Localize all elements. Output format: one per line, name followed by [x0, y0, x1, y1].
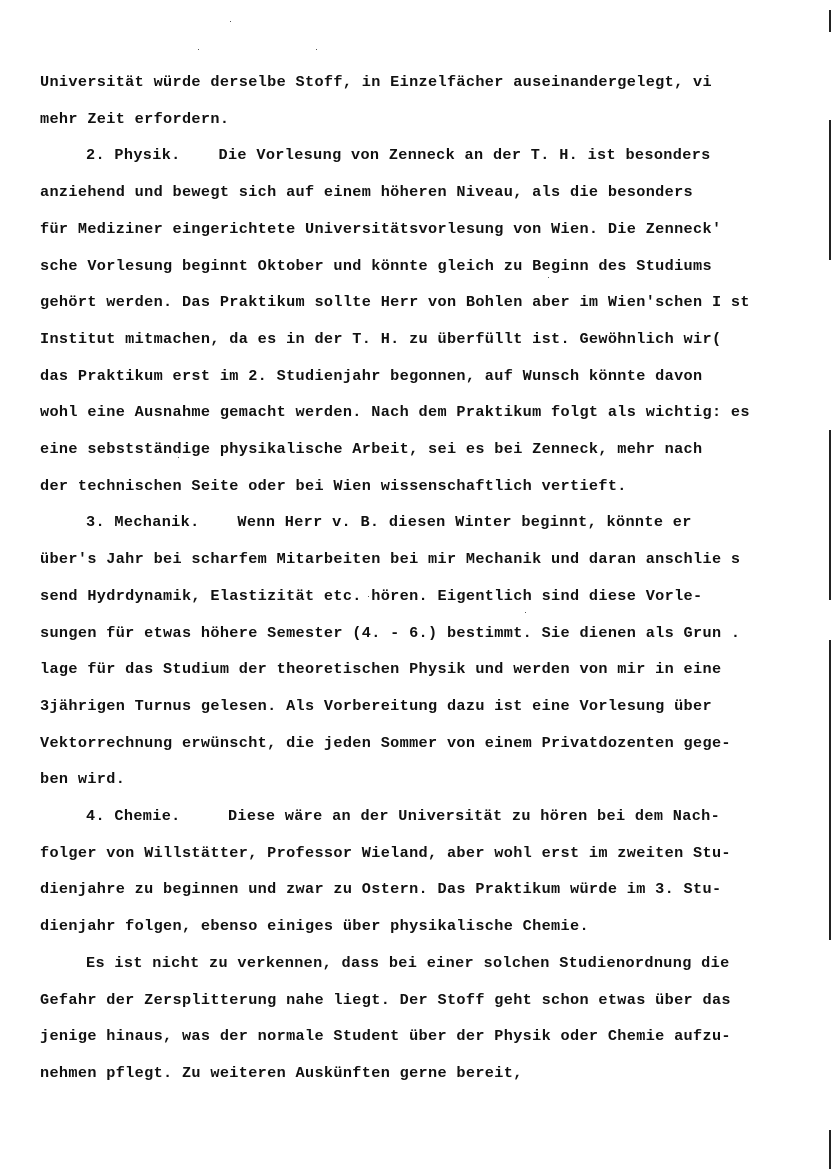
text-line: nehmen pflegt. Zu weiteren Auskünften ge… — [40, 1063, 523, 1083]
text-line: gehört werden. Das Praktikum sollte Herr… — [40, 292, 750, 312]
text-line: lage für das Studium der theoretischen P… — [40, 659, 721, 679]
text-line: dienjahre zu beginnen und zwar zu Ostern… — [40, 879, 721, 899]
text-line: jenige hinaus, was der normale Student ü… — [40, 1026, 731, 1046]
text-line: der technischen Seite oder bei Wien wiss… — [40, 476, 627, 496]
text-line: 3. Mechanik. Wenn Herr v. B. diesen Wint… — [86, 512, 692, 532]
text-line: sche Vorlesung beginnt Oktober und könnt… — [40, 256, 712, 276]
text-line: send Hydrdynamik, Elastizität etc. hören… — [40, 586, 702, 606]
text-line: Universität würde derselbe Stoff, in Ein… — [40, 72, 712, 92]
text-line: dienjahr folgen, ebenso einiges über phy… — [40, 916, 589, 936]
text-line: über's Jahr bei scharfem Mitarbeiten bei… — [40, 549, 740, 569]
scan-speck — [368, 596, 369, 597]
scan-speck — [316, 49, 317, 50]
text-line: Es ist nicht zu verkennen, dass bei eine… — [86, 953, 730, 973]
text-line: 3jährigen Turnus gelesen. Als Vorbereitu… — [40, 696, 712, 716]
scan-speck — [525, 612, 526, 613]
text-line: 2. Physik. Die Vorlesung von Zenneck an … — [86, 145, 711, 165]
scan-speck — [178, 457, 179, 458]
text-line: Vektorrechnung erwünscht, die jeden Somm… — [40, 733, 731, 753]
text-line: das Praktikum erst im 2. Studienjahr beg… — [40, 366, 702, 386]
text-line: mehr Zeit erfordern. — [40, 109, 229, 129]
scan-speck — [198, 49, 199, 50]
text-line: wohl eine Ausnahme gemacht werden. Nach … — [40, 402, 750, 422]
text-line: Gefahr der Zersplitterung nahe liegt. De… — [40, 990, 731, 1010]
text-line: Institut mitmachen, da es in der T. H. z… — [40, 329, 721, 349]
text-line: für Mediziner eingerichtete Universitäts… — [40, 219, 721, 239]
scan-speck — [230, 21, 231, 22]
text-line: sungen für etwas höhere Semester (4. - 6… — [40, 623, 740, 643]
scan-speck — [548, 277, 549, 278]
text-line: 4. Chemie. Diese wäre an der Universität… — [86, 806, 720, 826]
text-line: folger von Willstätter, Professor Wielan… — [40, 843, 731, 863]
text-line: anziehend und bewegt sich auf einem höhe… — [40, 182, 693, 202]
text-line: ben wird. — [40, 769, 125, 789]
text-line: eine sebstständige physikalische Arbeit,… — [40, 439, 702, 459]
typewritten-letter-page: Universität würde derselbe Stoff, in Ein… — [0, 0, 831, 1169]
